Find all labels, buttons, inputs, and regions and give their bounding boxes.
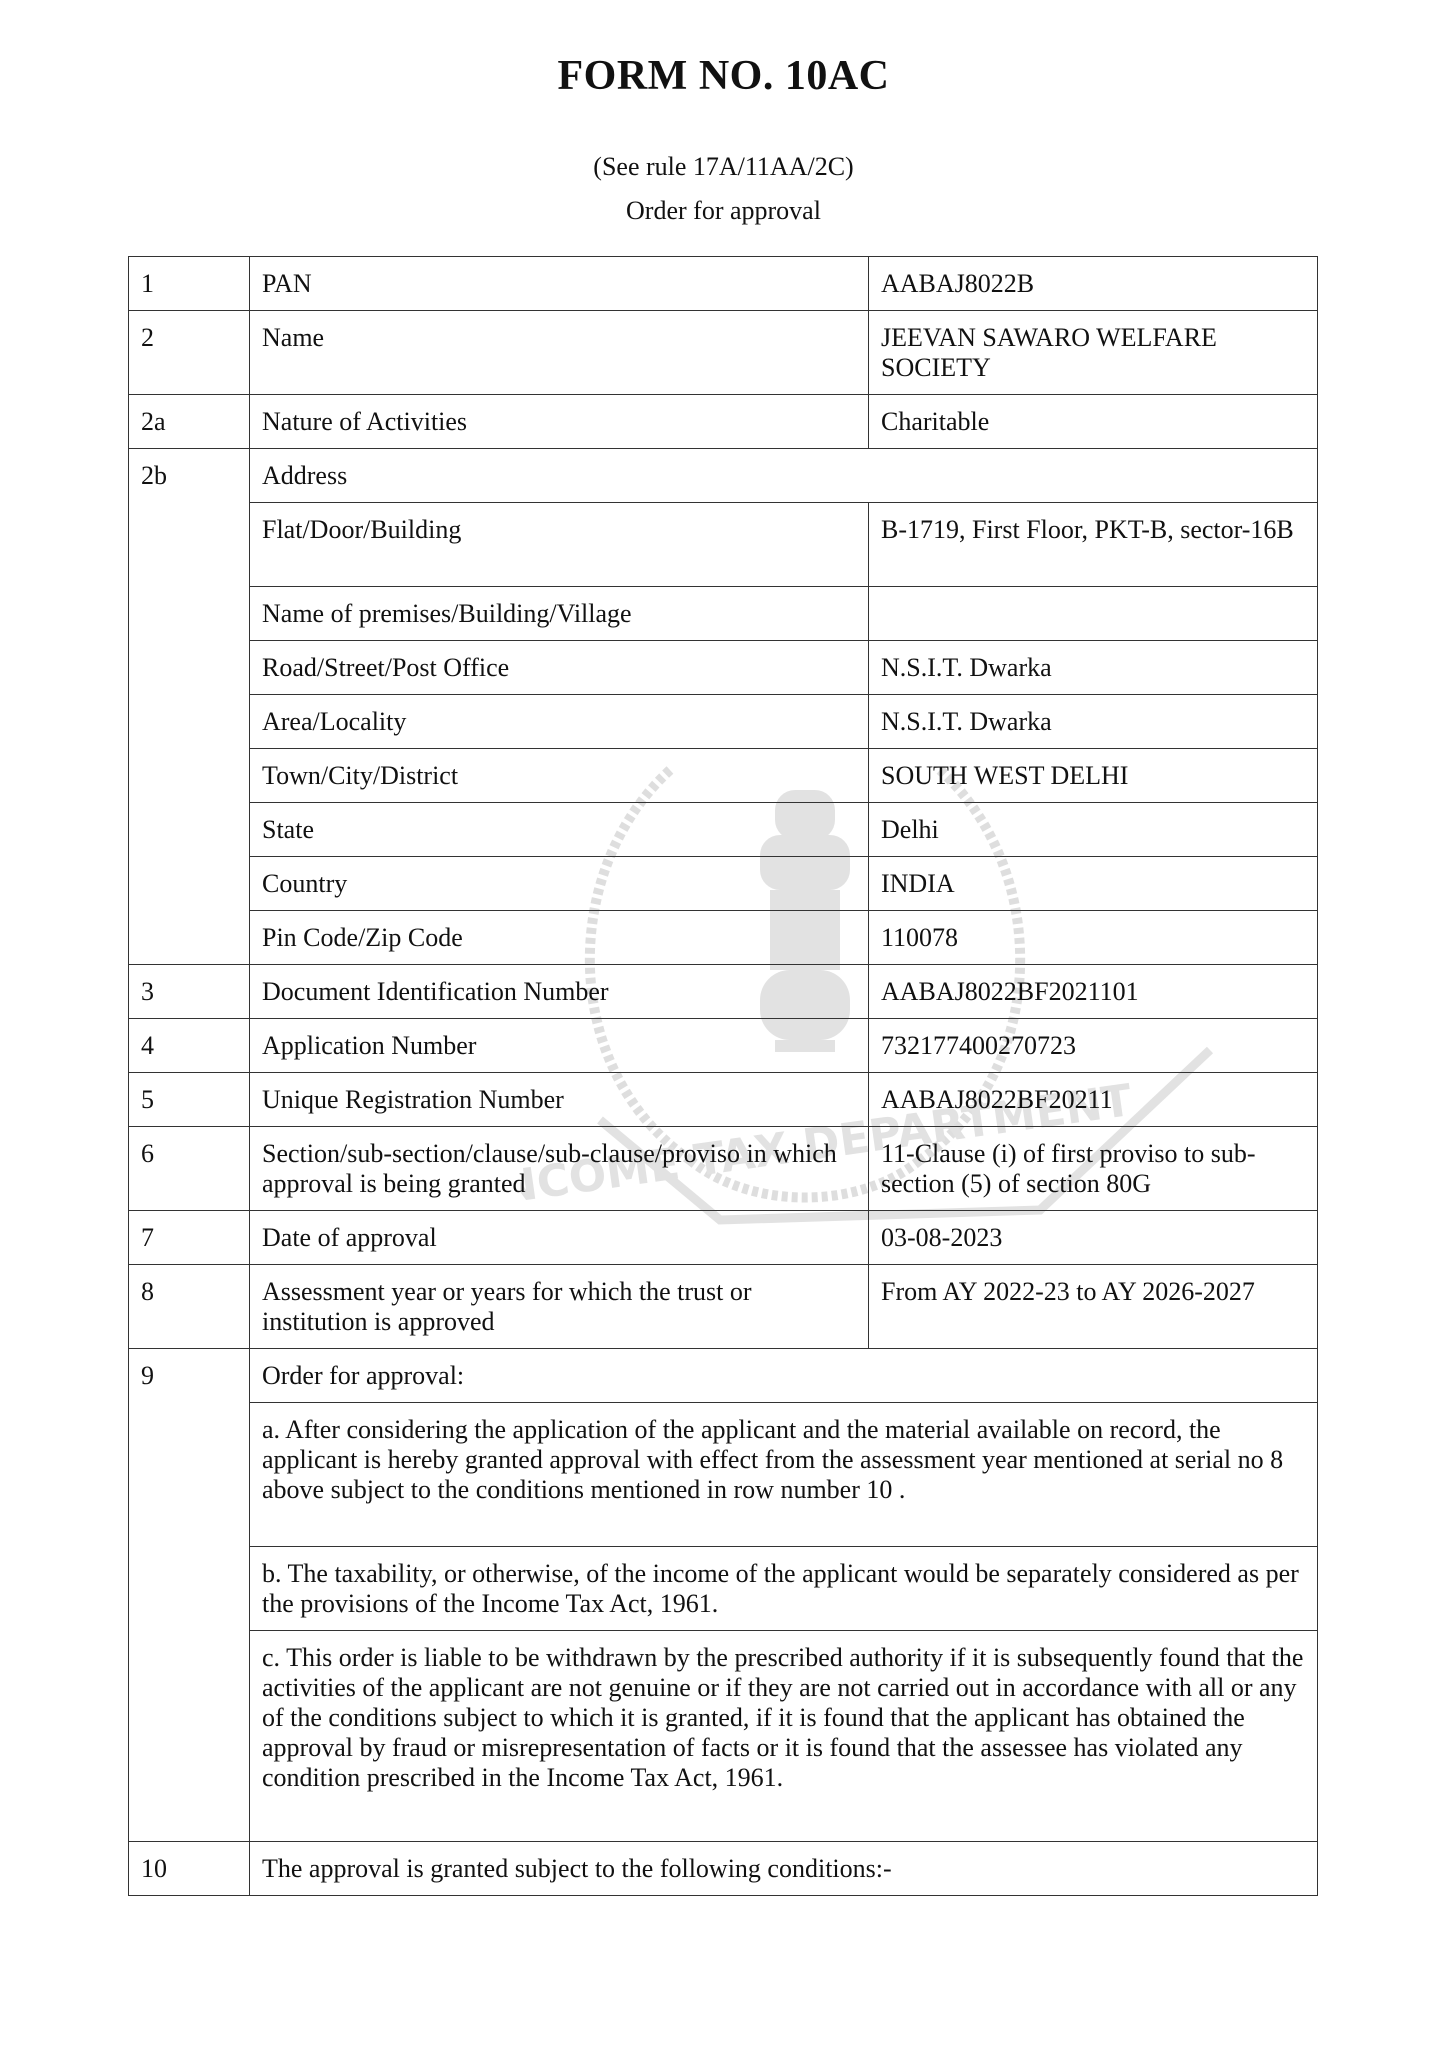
table-row: 3 Document Identification Number AABAJ80… (129, 965, 1318, 1019)
field-label: Nature of Activities (250, 395, 869, 449)
table-row: 9 Order for approval: (129, 1349, 1318, 1403)
table-row: Road/Street/Post Office N.S.I.T. Dwarka (129, 641, 1318, 695)
table-row: Pin Code/Zip Code 110078 (129, 911, 1318, 965)
name-value: JEEVAN SAWARO WELFARE SOCIETY (869, 311, 1318, 395)
table-row: b. The taxability, or otherwise, of the … (129, 1547, 1318, 1631)
premises-value (869, 587, 1318, 641)
field-label: Document Identification Number (250, 965, 869, 1019)
table-row: 2b Address (129, 449, 1318, 503)
field-label: Name (250, 311, 869, 395)
form-subtitle: Order for approval (0, 196, 1447, 226)
road-value: N.S.I.T. Dwarka (869, 641, 1318, 695)
order-heading: Order for approval: (250, 1349, 1318, 1403)
row-number: 2a (129, 395, 250, 449)
row-number: 2b (129, 449, 250, 965)
conditions-heading: The approval is granted subject to the f… (250, 1842, 1318, 1896)
table-row: Flat/Door/Building B-1719, First Floor, … (129, 503, 1318, 587)
row-number: 6 (129, 1127, 250, 1211)
table-row: 7 Date of approval 03-08-2023 (129, 1211, 1318, 1265)
rule-reference: (See rule 17A/11AA/2C) (0, 152, 1447, 182)
table-row: Town/City/District SOUTH WEST DELHI (129, 749, 1318, 803)
row-number: 10 (129, 1842, 250, 1896)
table-row: 2a Nature of Activities Charitable (129, 395, 1318, 449)
table-row: Area/Locality N.S.I.T. Dwarka (129, 695, 1318, 749)
table-row: 6 Section/sub-section/clause/sub-clause/… (129, 1127, 1318, 1211)
form-title: FORM NO. 10AC (0, 52, 1447, 100)
flat-value: B-1719, First Floor, PKT-B, sector-16B (869, 503, 1318, 587)
table-row: Name of premises/Building/Village (129, 587, 1318, 641)
field-label: Area/Locality (250, 695, 869, 749)
section-value: 11-Clause (i) of first proviso to sub-se… (869, 1127, 1318, 1211)
approval-form-table: 1 PAN AABAJ8022B 2 Name JEEVAN SAWARO WE… (128, 256, 1318, 1896)
address-heading: Address (250, 449, 1318, 503)
order-paragraph-b: b. The taxability, or otherwise, of the … (250, 1547, 1318, 1631)
din-value: AABAJ8022BF2021101 (869, 965, 1318, 1019)
order-paragraph-a: a. After considering the application of … (250, 1403, 1318, 1547)
nature-value: Charitable (869, 395, 1318, 449)
town-value: SOUTH WEST DELHI (869, 749, 1318, 803)
table-row: 1 PAN AABAJ8022B (129, 257, 1318, 311)
row-number: 8 (129, 1265, 250, 1349)
row-number: 2 (129, 311, 250, 395)
table-row: 10 The approval is granted subject to th… (129, 1842, 1318, 1896)
pan-value: AABAJ8022B (869, 257, 1318, 311)
assessment-years-value: From AY 2022-23 to AY 2026-2027 (869, 1265, 1318, 1349)
table-row: 4 Application Number 732177400270723 (129, 1019, 1318, 1073)
field-label: Date of approval (250, 1211, 869, 1265)
field-label: Name of premises/Building/Village (250, 587, 869, 641)
table-row: 8 Assessment year or years for which the… (129, 1265, 1318, 1349)
field-label: Road/Street/Post Office (250, 641, 869, 695)
field-label: Flat/Door/Building (250, 503, 869, 587)
country-value: INDIA (869, 857, 1318, 911)
field-label: Country (250, 857, 869, 911)
row-number: 5 (129, 1073, 250, 1127)
state-value: Delhi (869, 803, 1318, 857)
table-row: Country INDIA (129, 857, 1318, 911)
field-label: Section/sub-section/clause/sub-clause/pr… (250, 1127, 869, 1211)
field-label: Assessment year or years for which the t… (250, 1265, 869, 1349)
table-row: State Delhi (129, 803, 1318, 857)
field-label: PAN (250, 257, 869, 311)
table-row: 2 Name JEEVAN SAWARO WELFARE SOCIETY (129, 311, 1318, 395)
application-number-value: 732177400270723 (869, 1019, 1318, 1073)
field-label: Town/City/District (250, 749, 869, 803)
table-row: a. After considering the application of … (129, 1403, 1318, 1547)
field-label: Unique Registration Number (250, 1073, 869, 1127)
row-number: 9 (129, 1349, 250, 1842)
row-number: 4 (129, 1019, 250, 1073)
area-value: N.S.I.T. Dwarka (869, 695, 1318, 749)
order-paragraph-c: c. This order is liable to be withdrawn … (250, 1631, 1318, 1842)
table-row: c. This order is liable to be withdrawn … (129, 1631, 1318, 1842)
field-label: State (250, 803, 869, 857)
urn-value: AABAJ8022BF20211 (869, 1073, 1318, 1127)
field-label: Application Number (250, 1019, 869, 1073)
row-number: 3 (129, 965, 250, 1019)
pincode-value: 110078 (869, 911, 1318, 965)
date-of-approval-value: 03-08-2023 (869, 1211, 1318, 1265)
field-label: Pin Code/Zip Code (250, 911, 869, 965)
row-number: 1 (129, 257, 250, 311)
table-row: 5 Unique Registration Number AABAJ8022BF… (129, 1073, 1318, 1127)
row-number: 7 (129, 1211, 250, 1265)
